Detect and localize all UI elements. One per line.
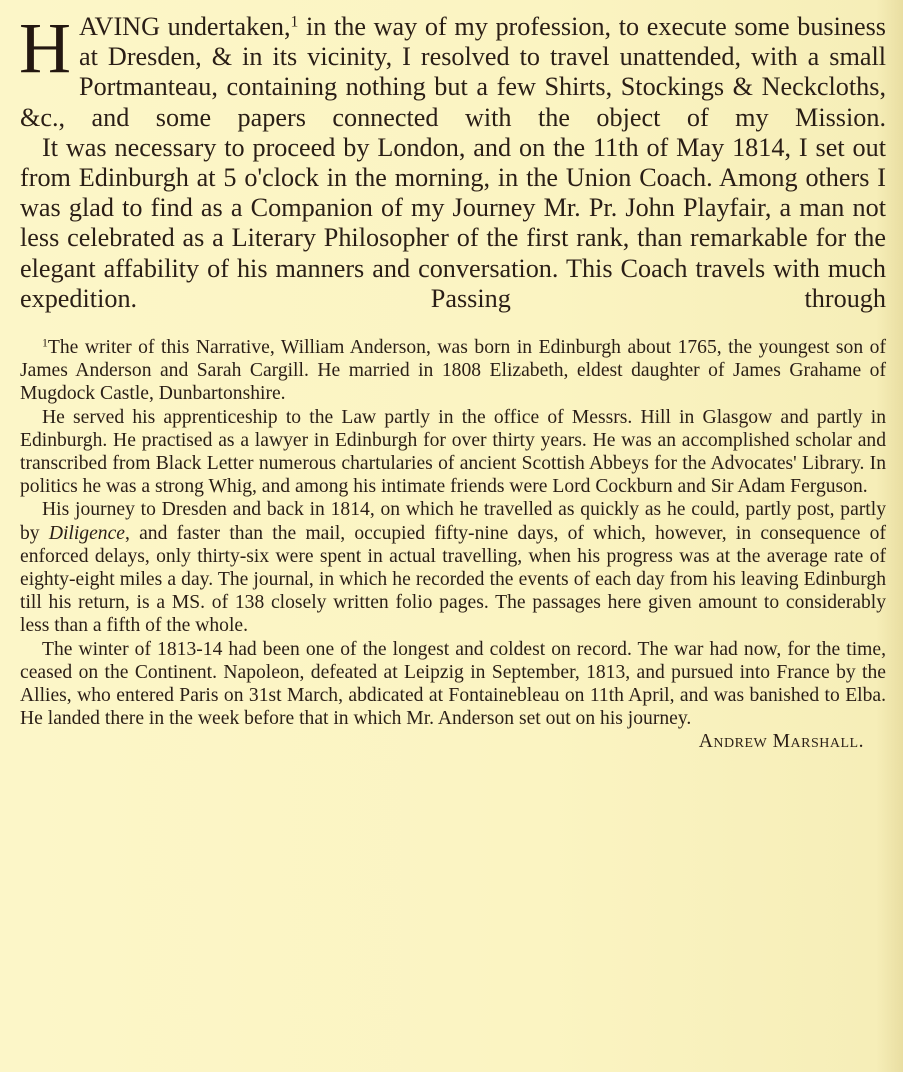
drop-cap: H bbox=[19, 20, 71, 74]
opening-words: AVING undertaken, bbox=[79, 12, 291, 41]
footnote-paragraph-career: He served his apprenticeship to the Law … bbox=[20, 406, 886, 499]
book-page: HAVING undertaken,1 in the way of my pro… bbox=[20, 12, 886, 754]
footnote-paragraph-history: The winter of 1813-14 had been one of th… bbox=[20, 638, 886, 731]
author-signature: Andrew Marshall. bbox=[677, 730, 864, 753]
main-text: HAVING undertaken,1 in the way of my pro… bbox=[20, 12, 886, 314]
diligence-italic: Diligence bbox=[49, 523, 125, 544]
paragraph-opening: HAVING undertaken,1 in the way of my pro… bbox=[20, 12, 886, 133]
footnote-1-text: The writer of this Narrative, William An… bbox=[20, 337, 886, 404]
footnote-paragraph-journey: His journey to Dresden and back in 1814,… bbox=[20, 498, 886, 637]
footnote-1: 1The writer of this Narrative, William A… bbox=[20, 336, 886, 406]
footnote-history-text: The winter of 1813-14 had been one of th… bbox=[20, 639, 886, 730]
footnotes: 1The writer of this Narrative, William A… bbox=[20, 336, 886, 730]
footnote-journey-text-b: , and faster than the mail, occupied fif… bbox=[20, 523, 886, 637]
paragraph-journey: It was necessary to proceed by London, a… bbox=[20, 133, 886, 314]
